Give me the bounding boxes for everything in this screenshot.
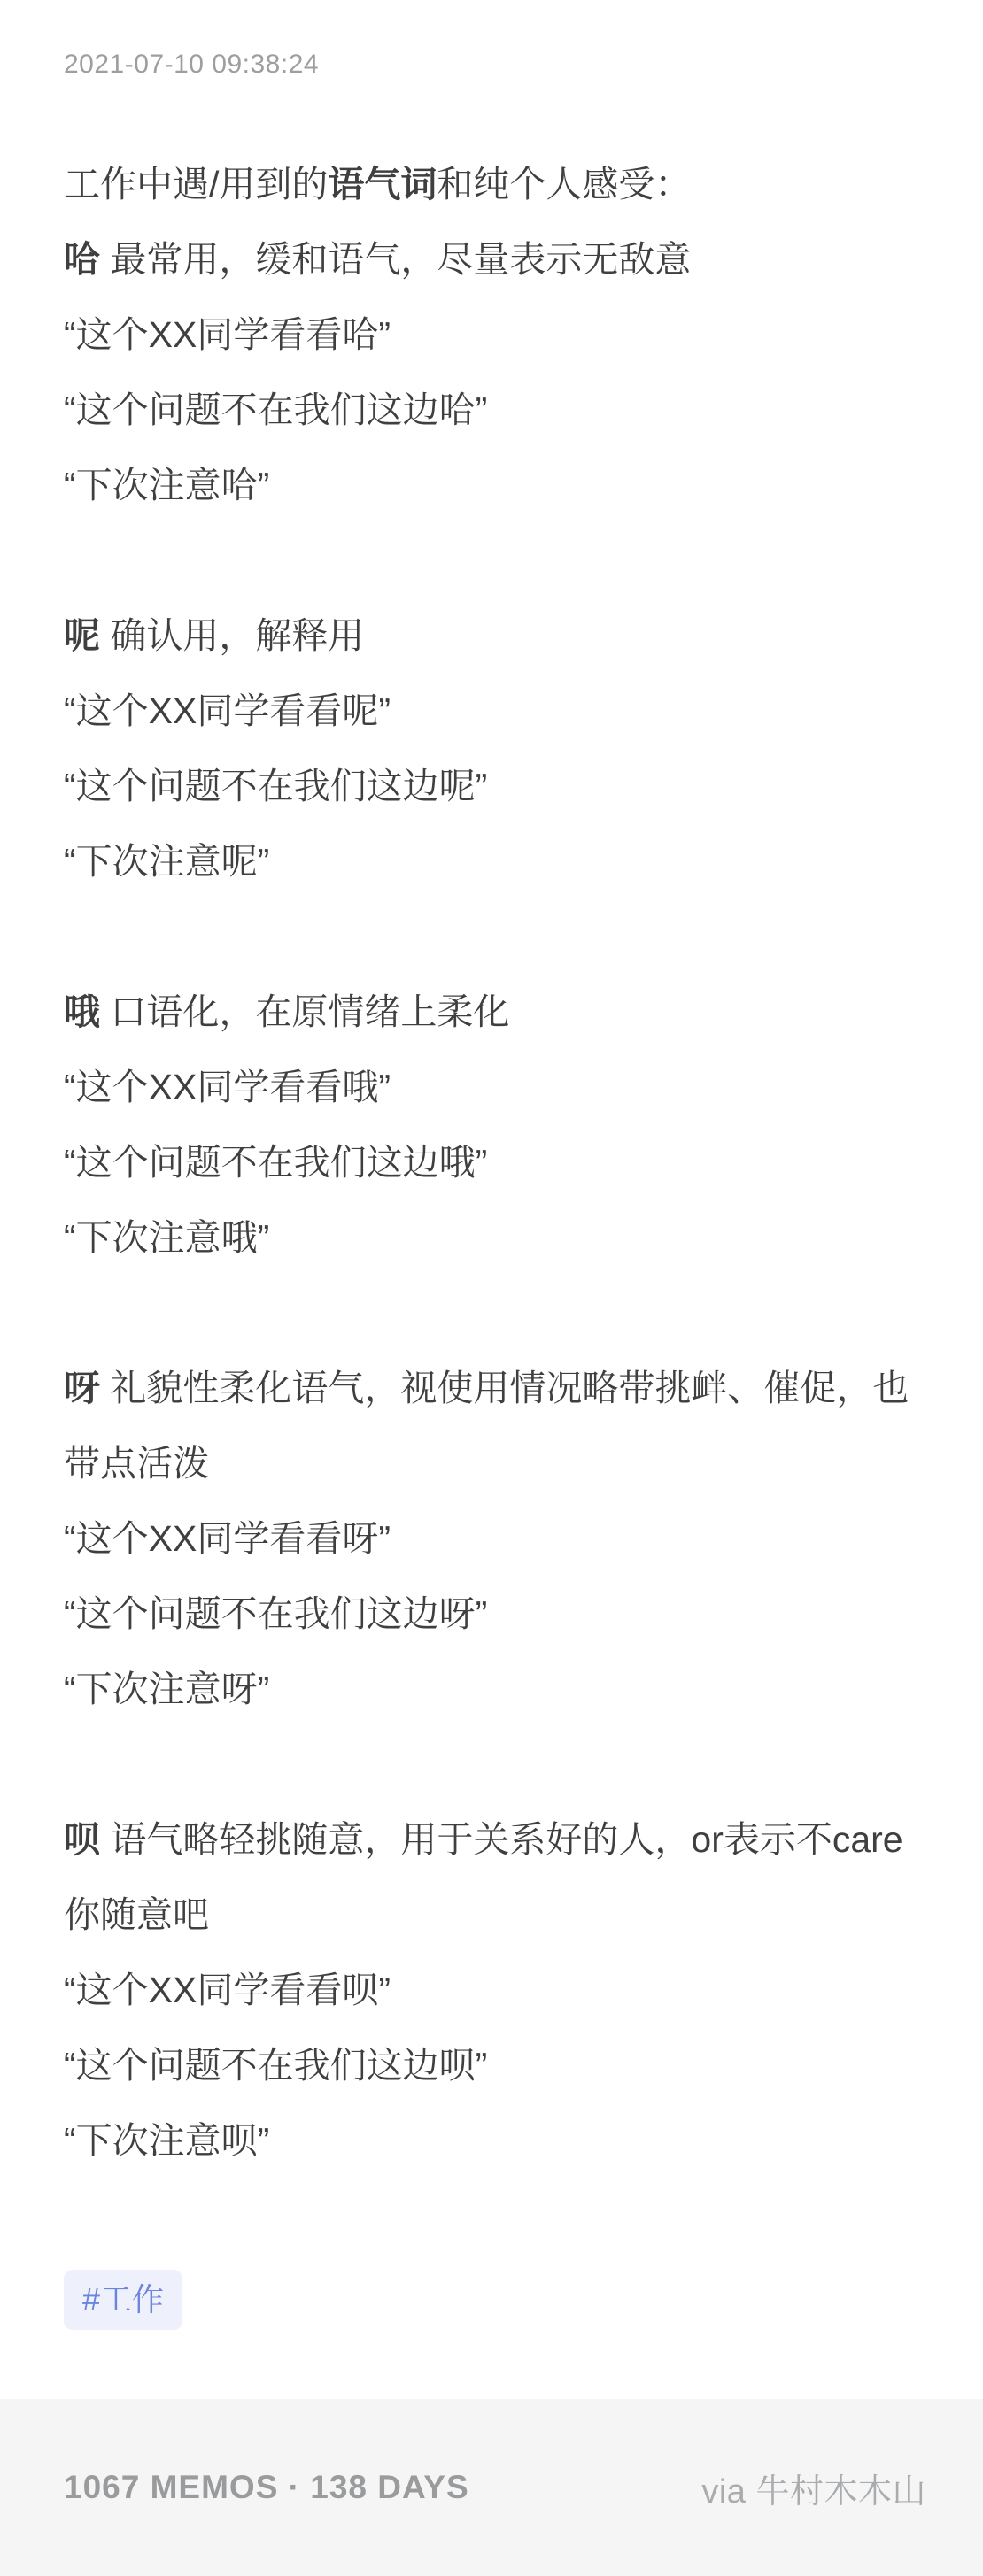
quote-line: “这个XX同学看看呗” (64, 1953, 921, 2028)
footer-via-author: via 牛村木木山 (701, 2464, 926, 2512)
footer-memo-stats: 1067 MEMOS · 138 DAYS (64, 2469, 469, 2506)
quote-line: “这个XX同学看看呢” (64, 674, 921, 749)
footer-bar: 1067 MEMOS · 138 DAYS via 牛村木木山 (0, 2399, 983, 2576)
title-suffix: 和纯个人感受： (437, 164, 691, 204)
memo-timestamp: 2021-07-10 09:38:24 (64, 49, 921, 81)
quote-line: “这个XX同学看看哦” (64, 1050, 921, 1125)
title-keyword: 语气词 (328, 164, 437, 204)
title-prefix: 工作中遇/用到的 (64, 164, 328, 204)
section-lead: 呗 (64, 1819, 100, 1860)
section-bei: 呗 语气略轻挑随意，用于关系好的人，or表示不care你随意吧 “这个XX同学看… (64, 1802, 921, 2179)
section-lead-line: 呀 礼貌性柔化语气，视使用情况略带挑衅、催促，也带点活泼 (64, 1351, 921, 1501)
section-lead-line: 呢 确认用，解释用 (64, 598, 921, 674)
memo-body: 工作中遇/用到的语气词和纯个人感受： 哈 最常用，缓和语气，尽量表示无敌意 “这… (64, 147, 921, 2179)
section-desc: 确认用，解释用 (100, 615, 364, 656)
section-o: 哦 口语化，在原情绪上柔化 “这个XX同学看看哦” “这个问题不在我们这边哦” … (64, 975, 921, 1276)
section-ha: 哈 最常用，缓和语气，尽量表示无敌意 “这个XX同学看看哈” “这个问题不在我们… (64, 222, 921, 523)
section-lead: 呢 (64, 615, 100, 656)
memo-card: 2021-07-10 09:38:24 工作中遇/用到的语气词和纯个人感受： 哈… (0, 0, 983, 2330)
quote-line: “这个问题不在我们这边哈” (64, 373, 921, 448)
section-lead-line: 哦 口语化，在原情绪上柔化 (64, 975, 921, 1050)
section-lead-line: 呗 语气略轻挑随意，用于关系好的人，or表示不care你随意吧 (64, 1802, 921, 1953)
tag-row: #工作 (64, 2270, 921, 2330)
quote-line: “这个XX同学看看呀” (64, 1501, 921, 1577)
quote-line: “这个问题不在我们这边呗” (64, 2028, 921, 2103)
section-lead-line: 哈 最常用，缓和语气，尽量表示无敌意 (64, 222, 921, 297)
quote-line: “下次注意哈” (64, 448, 921, 523)
section-lead: 哦 (64, 991, 100, 1032)
quote-line: “这个XX同学看看哈” (64, 297, 921, 373)
tag-pill-work[interactable]: #工作 (64, 2270, 182, 2330)
section-ne: 呢 确认用，解释用 “这个XX同学看看呢” “这个问题不在我们这边呢” “下次注… (64, 598, 921, 899)
section-lead: 呀 (64, 1368, 100, 1408)
section-lead: 哈 (64, 239, 100, 280)
section-desc: 语气略轻挑随意，用于关系好的人，or表示不care你随意吧 (64, 1819, 903, 1935)
quote-line: “下次注意呢” (64, 824, 921, 899)
memo-title: 工作中遇/用到的语气词和纯个人感受： (64, 147, 921, 222)
quote-line: “下次注意呀” (64, 1652, 921, 1727)
quote-line: “下次注意哦” (64, 1200, 921, 1276)
quote-line: “这个问题不在我们这边呀” (64, 1577, 921, 1652)
section-desc: 最常用，缓和语气，尽量表示无敌意 (100, 239, 691, 280)
section-desc: 礼貌性柔化语气，视使用情况略带挑衅、催促，也带点活泼 (64, 1368, 909, 1484)
section-desc: 口语化，在原情绪上柔化 (100, 991, 509, 1032)
quote-line: “这个问题不在我们这边呢” (64, 749, 921, 824)
quote-line: “这个问题不在我们这边哦” (64, 1125, 921, 1200)
quote-line: “下次注意呗” (64, 2103, 921, 2179)
section-ya: 呀 礼貌性柔化语气，视使用情况略带挑衅、催促，也带点活泼 “这个XX同学看看呀”… (64, 1351, 921, 1727)
